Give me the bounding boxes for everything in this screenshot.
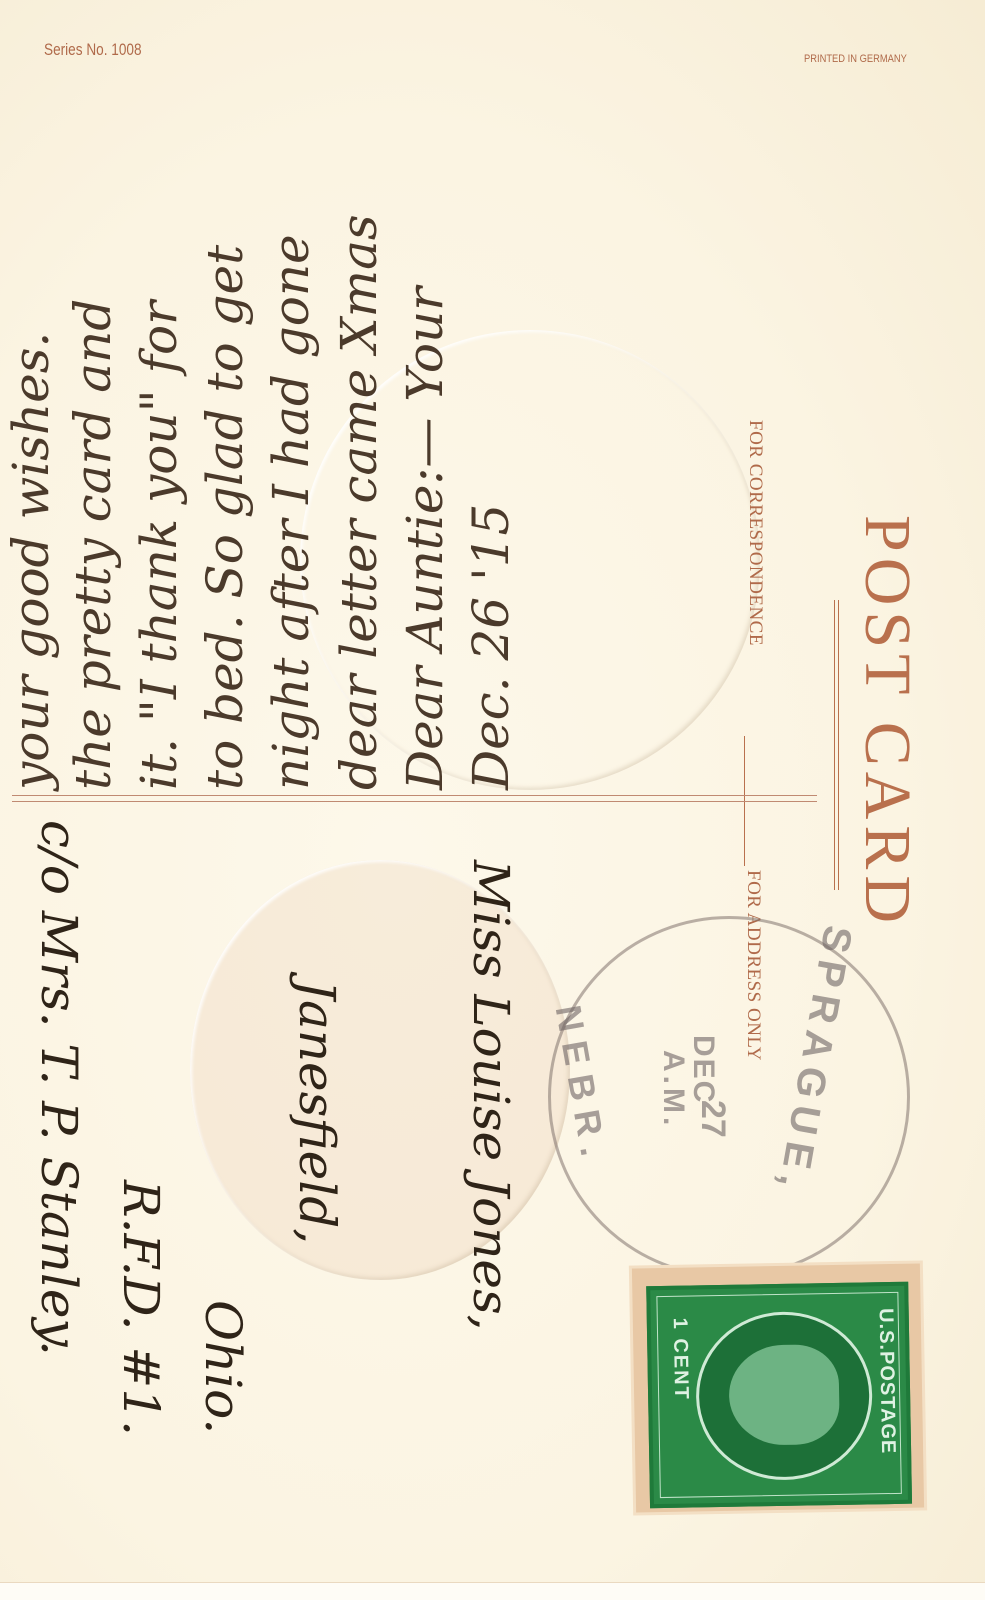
postmark-time: A.M.	[656, 1050, 690, 1129]
message-line: night after I had gone	[262, 234, 320, 790]
correspondence-label: FOR CORRESPONDENCE	[744, 420, 766, 646]
address-line: c/o Mrs. T. P. Stanley.	[30, 820, 88, 1356]
postmark-month: DEC	[686, 1035, 720, 1104]
message-line: Dear Auntie:— Your	[396, 287, 454, 790]
scan-edge	[0, 1582, 985, 1600]
postcard-back: Series No. 1008 PRINTED IN GERMANY POST …	[0, 0, 985, 1582]
post-card-title: POST CARD	[849, 515, 925, 929]
stamp-denomination: 1 CENT	[668, 1318, 692, 1402]
stamp-design: U.S.POSTAGE 1 CENT	[646, 1282, 912, 1509]
message-line: it. "I thank you" for	[130, 301, 188, 790]
message-line: the pretty card and	[64, 299, 122, 790]
title-rule	[834, 600, 839, 890]
message-line: your good wishes.	[2, 332, 60, 790]
postage-stamp: U.S.POSTAGE 1 CENT	[632, 1264, 924, 1513]
section-divider	[12, 795, 817, 802]
postmark-day: 27	[693, 1100, 732, 1138]
message-date: Dec. 26 '15	[462, 504, 520, 790]
address-line: R.F.D. #1.	[112, 1180, 170, 1436]
address-line: Ohio.	[194, 1300, 252, 1434]
washington-portrait-icon	[728, 1344, 840, 1446]
printed-in-label: PRINTED IN GERMANY	[804, 53, 907, 65]
address-line: Janesfield,	[288, 980, 346, 1244]
address-line: Miss Louise Jones,	[462, 860, 520, 1331]
series-number: Series No. 1008	[44, 40, 142, 60]
stamp-country: U.S.POSTAGE	[874, 1308, 900, 1455]
message-line: to bed. So glad to get	[196, 245, 254, 790]
message-line: dear letter came Xmas	[330, 214, 388, 790]
